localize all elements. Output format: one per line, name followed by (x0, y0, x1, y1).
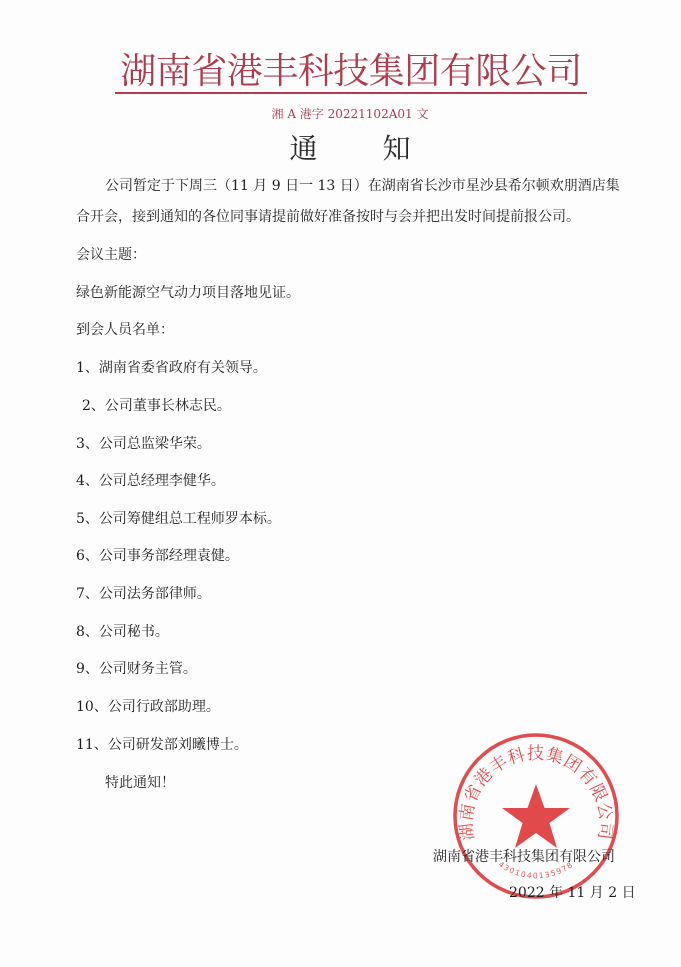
company-seal-stamp: 湖南省港丰科技集团有限公司 4301040135978 (452, 732, 620, 900)
list-item: 7、公司法务部律师。 (76, 585, 211, 603)
closing-remark: 特此通知！ (105, 774, 175, 792)
stamp-ring-text: 湖南省港丰科技集团有限公司 (456, 744, 615, 842)
letterhead-rule (115, 92, 587, 94)
attendees-label: 到会人员名单： (76, 321, 174, 339)
notice-title: 通 知 (250, 132, 450, 166)
list-item: 2、公司董事长林志民。 (82, 397, 231, 415)
document-number: 湘 A 港字 20221102A01 文 (260, 106, 440, 122)
signature-date: 2022 年 11 月 2 日 (509, 884, 636, 902)
list-item: 4、公司总经理李健华。 (76, 472, 225, 490)
intro-paragraph-line-1: 公司暂定于下周三（11 月 9 日一 13 日）在湖南省长沙市星沙县希尔顿欢朋酒… (105, 177, 620, 195)
list-item: 5、公司筹健组总工程师罗本标。 (76, 510, 281, 528)
signature-company: 湖南省港丰科技集团有限公司 (433, 848, 615, 866)
list-item: 9、公司财务主管。 (76, 660, 197, 678)
list-item: 1、湖南省委省政府有关领导。 (76, 359, 267, 377)
topic-value: 绿色新能源空气动力项目落地见证。 (76, 284, 300, 302)
list-item: 11、公司研发部刘曦博士。 (76, 736, 248, 754)
svg-text:湖南省港丰科技集团有限公司: 湖南省港丰科技集团有限公司 (456, 744, 615, 842)
company-letterhead-title: 湖南省港丰科技集团有限公司 (115, 52, 587, 92)
list-item: 3、公司总监梁华荣。 (76, 435, 211, 453)
star-icon (502, 784, 570, 848)
topic-label: 会议主题： (76, 246, 146, 264)
list-item: 10、公司行政部助理。 (76, 698, 220, 716)
list-item: 6、公司事务部经理袁健。 (76, 547, 239, 565)
intro-paragraph-line-2: 合开会，接到通知的各位同事请提前做好准备按时与会并把出发时间提前报公司。 (76, 208, 580, 226)
list-item: 8、公司秘书。 (76, 623, 169, 641)
